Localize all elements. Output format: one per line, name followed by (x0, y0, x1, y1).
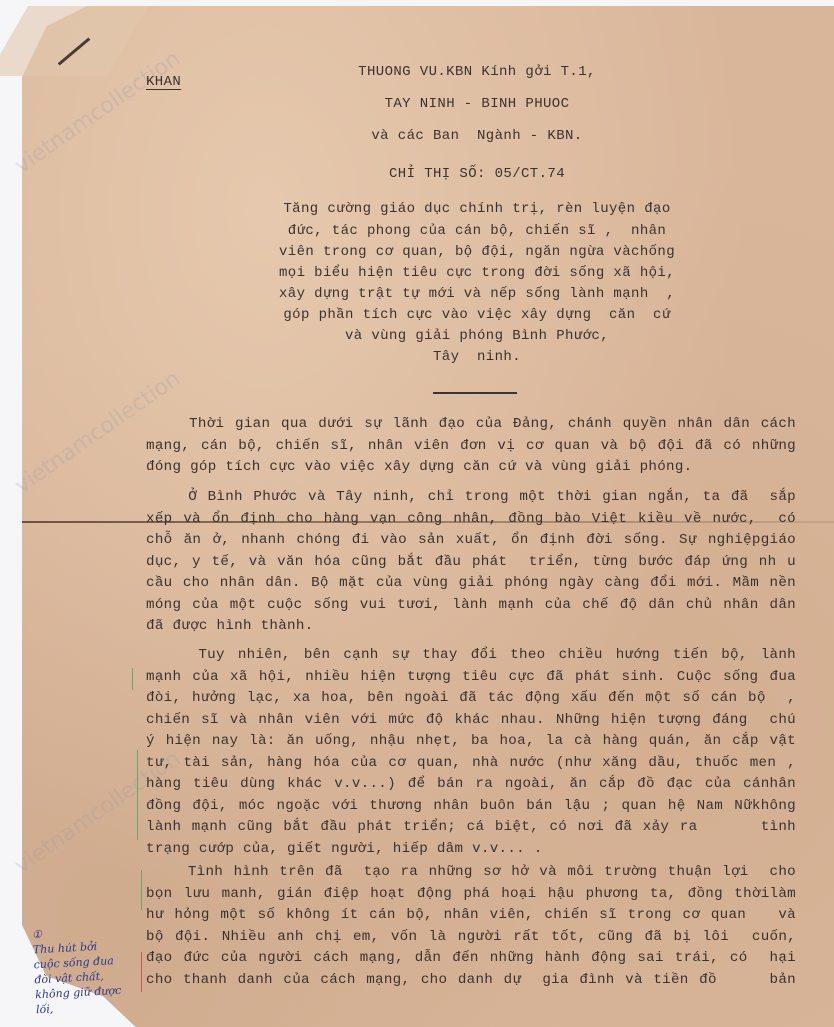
text-line: Tuy nhiên, bên cạnh sự thay đổi theo chi… (146, 645, 796, 667)
text-line: cho thanh danh của cách mạng, cho danh d… (146, 970, 796, 992)
text-line: bộ đội. Nhiều anh chị em, vốn là người r… (146, 927, 796, 949)
text-line: đóng góp tích cực vào việc xây dựng căn … (146, 457, 796, 479)
margin-annotation-mark (137, 750, 138, 840)
subject-line: Tây ninh. (60, 346, 834, 369)
subject-line: và vùng giải phóng Bình Phước, (60, 325, 834, 348)
text-line: hàng tiêu dùng khác v.v...) để bán ra ng… (146, 774, 796, 796)
recipient-line: THUONG VU.KBN Kính gởi T.1, (60, 64, 834, 80)
text-line: chỗ ăn ở, nhanh chóng đi vào sản xuất, ổ… (146, 530, 796, 552)
directive-number: CHỈ THỊ SỐ: 05/CT.74 (60, 166, 834, 182)
text-line: đạo đức của người cách mạng, dẫn đến nhữ… (146, 948, 796, 970)
subject-line: Tăng cường giáo dục chính trị, rèn luyện… (60, 198, 834, 221)
margin-annotation-mark (132, 668, 133, 690)
subject-line: đức, tác phong của cán bộ, chiến sĩ , nh… (60, 220, 834, 243)
text-line: hư hỏng một số không ít cán bộ, nhân viê… (146, 905, 796, 927)
text-line: xếp và ổn định cho hàng vạn công nhân, đ… (146, 509, 796, 531)
text-line: Ở Bình Phước và Tây ninh, chỉ trong một … (146, 487, 796, 509)
paragraph-2: Ở Bình Phước và Tây ninh, chỉ trong một … (146, 487, 796, 638)
text-line: đã được hình thành. (146, 616, 796, 638)
text-line: trạng cướp của, giết người, hiếp dâm v.v… (146, 839, 796, 861)
recipient-line: và các Ban Ngành - KBN. (60, 128, 834, 144)
text-line: đòi, hưởng lạc, xa hoa, bên ngoài đã tác… (146, 688, 796, 710)
text-line: mạnh của xã hội, nhiều hiện tượng tiêu c… (146, 667, 796, 689)
section-divider (433, 392, 517, 394)
text-line: Thời gian qua dưới sự lãnh đạo của Đảng,… (146, 414, 796, 436)
text-line: đồng đội, móc ngoặc với thương nhân buôn… (146, 796, 796, 818)
text-line: chiến sĩ và nhân viên với mức độ khác nh… (146, 710, 796, 732)
text-line: cầu cho nhân dân. Bộ mặt của vùng giải p… (146, 573, 796, 595)
paragraph-4: Tình hình trên đã tạo ra những sơ hở và … (146, 862, 796, 991)
text-line: ý hiện nay là: ăn uống, nhậu nhẹt, ba ho… (146, 731, 796, 753)
subject-line: viên trong cơ quan, bộ đội, ngăn ngừa và… (60, 241, 834, 264)
paragraph-1: Thời gian qua dưới sự lãnh đạo của Đảng,… (146, 414, 796, 479)
text-line: tư, tài sản, hàng hóa của cơ quan, nhà n… (146, 753, 796, 775)
text-line: Tình hình trên đã tạo ra những sơ hở và … (146, 862, 796, 884)
text-line: lành mạnh cũng bắt đầu phát triển; cá bi… (146, 817, 796, 839)
subject-line: mọi biểu hiện tiêu cực trong đời sống xã… (60, 262, 834, 285)
margin-annotation-mark (141, 952, 142, 992)
recipient-line: TAY NINH - BINH PHUOC (60, 96, 834, 112)
subject-line: góp phần tích cực vào việc xây dựng căn … (60, 304, 834, 327)
subject-line: xây dựng trật tự mới và nếp sống lành mạ… (60, 283, 834, 306)
margin-annotation-mark (141, 870, 142, 910)
text-line: bọn lưu manh, gián điệp hoạt động phá ho… (146, 884, 796, 906)
handwritten-note: ① Thu hút bởi cuộc sống đua đòi vật chất… (32, 923, 127, 1018)
paragraph-3: Tuy nhiên, bên cạnh sự thay đổi theo chi… (146, 645, 796, 860)
text-line: móng của một cuộc sống vui tươi, lành mạ… (146, 595, 796, 617)
text-line: dục, y tế, và văn hóa cũng bắt đầu phát … (146, 552, 796, 574)
text-line: mạng, cán bộ, chiến sĩ, nhân viên đơn vị… (146, 436, 796, 458)
